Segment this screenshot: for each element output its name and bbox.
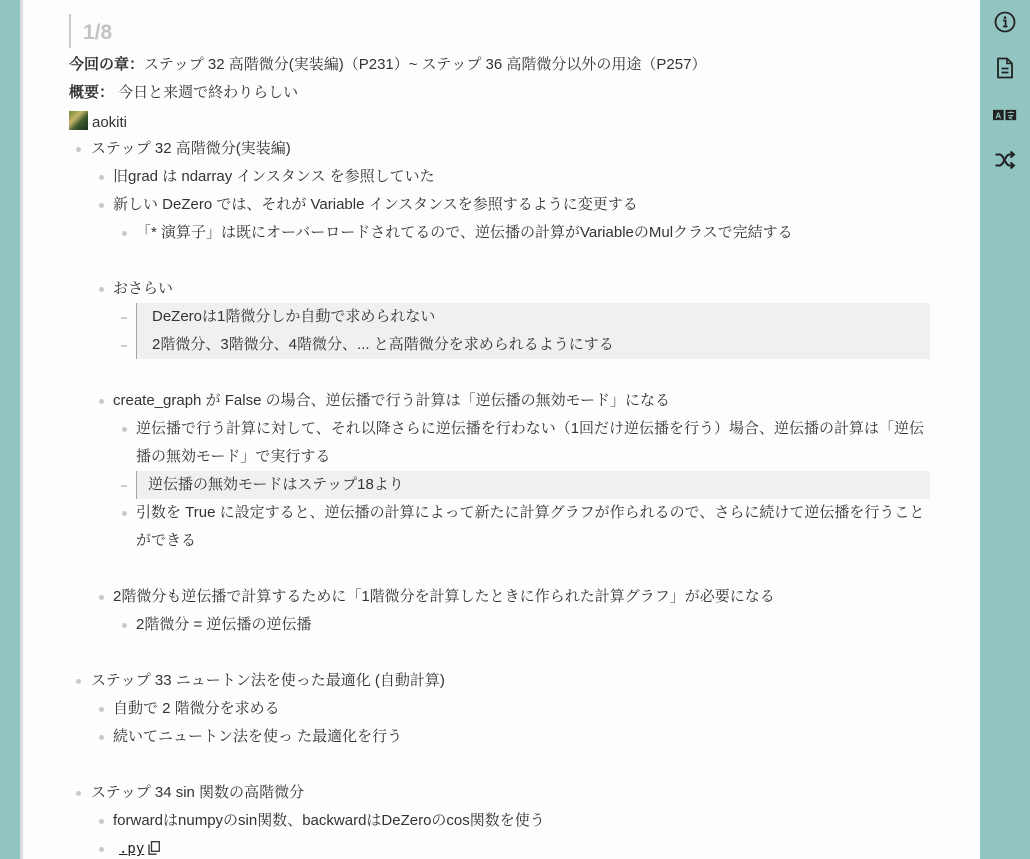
list-item: 旧grad は ndarray インスタンス を参照していた xyxy=(113,163,435,191)
quote-line: 2階微分、3階微分、4階微分、... と高階微分を求められるようにする xyxy=(152,331,614,359)
svg-text:A: A xyxy=(995,111,1001,120)
summary-line: 概要： 今日と来週で終わりらしい xyxy=(69,83,298,103)
shuffle-icon[interactable] xyxy=(993,148,1017,172)
bullet-icon xyxy=(99,287,104,292)
bullet-icon xyxy=(99,399,104,404)
author-line: aokiti xyxy=(69,111,127,133)
dash-icon xyxy=(121,485,127,487)
list-item: 「* 演算子」は既にオーバーロードされてるので、逆伝播の計算がVariableの… xyxy=(136,219,793,247)
list-item-step34: ステップ 34 sin 関数の高階微分 xyxy=(91,779,304,807)
code-file-link[interactable]: .py xyxy=(119,841,144,857)
author-name[interactable]: aokiti xyxy=(92,114,127,131)
list-item: 自動で 2 階微分を求める xyxy=(113,695,280,723)
dash-icon xyxy=(121,317,127,319)
copy-icon[interactable] xyxy=(148,837,160,859)
chapter-line: 今回の章：ステップ 32 高階微分(実装編)（P231）~ ステップ 36 高階… xyxy=(69,55,706,75)
list-item: 逆伝播で行う計算に対して、それ以降さらに逆伝播を行わない（1回だけ逆伝播を行う）… xyxy=(136,415,931,471)
bullet-icon xyxy=(99,735,104,740)
summary-label: 概要： xyxy=(69,84,114,101)
avatar[interactable] xyxy=(69,111,88,130)
document-icon[interactable] xyxy=(993,56,1017,80)
bullet-icon xyxy=(76,679,81,684)
bullet-icon xyxy=(99,203,104,208)
bullet-icon xyxy=(76,147,81,152)
list-item: create_graph が False の場合、逆伝播で行う計算は「逆伝播の無… xyxy=(113,387,670,415)
list-item: 2階微分も逆伝播で計算するために「1階微分を計算したときに作られた計算グラフ」が… xyxy=(113,583,775,611)
bullet-icon xyxy=(122,623,127,628)
info-icon[interactable] xyxy=(993,10,1017,34)
bullet-icon xyxy=(99,819,104,824)
quote-line: 逆伝播の無効モードはステップ18より xyxy=(148,471,404,499)
slide-page: 1/8 今回の章：ステップ 32 高階微分(実装編)（P231）~ ステップ 3… xyxy=(23,0,980,859)
list-item-review: おさらい xyxy=(113,275,173,303)
right-toolbar: A xyxy=(980,0,1030,859)
bullet-icon xyxy=(99,707,104,712)
bullet-icon xyxy=(99,847,104,852)
list-item: forwardはnumpyのsin関数、backwardはDeZeroのcos関… xyxy=(113,807,545,835)
bullet-icon xyxy=(76,791,81,796)
bullet-icon xyxy=(99,175,104,180)
list-item-step32: ステップ 32 高階微分(実装編) xyxy=(91,135,291,163)
left-frame xyxy=(0,0,20,859)
chapter-value: ステップ 32 高階微分(実装編)（P231）~ ステップ 36 高階微分以外の… xyxy=(144,56,706,73)
page-counter: 1/8 xyxy=(69,14,112,48)
list-item-step33: ステップ 33 ニュートン法を使った最適化 (自動計算) xyxy=(91,667,445,695)
bullet-icon xyxy=(122,511,127,516)
bullet-icon xyxy=(122,427,127,432)
list-item: 2階微分 = 逆伝播の逆伝播 xyxy=(136,611,311,639)
list-item: 引数を True に設定すると、逆伝播の計算によって新たに計算グラフが作られるの… xyxy=(136,499,931,555)
list-item: 新しい DeZero では、それが Variable インスタンスを参照するよう… xyxy=(113,191,638,219)
summary-value: 今日と来週で終わりらしい xyxy=(114,84,298,101)
code-link-item: .py xyxy=(119,835,160,859)
dash-icon xyxy=(121,345,127,347)
translate-icon[interactable]: A xyxy=(993,103,1017,127)
list-item: 続いてニュートン法を使っ た最適化を行う xyxy=(113,723,402,751)
bullet-icon xyxy=(99,595,104,600)
bullet-icon xyxy=(122,231,127,236)
chapter-label: 今回の章： xyxy=(69,56,144,73)
quote-line: DeZeroは1階微分しか自動で求められない xyxy=(152,303,435,331)
